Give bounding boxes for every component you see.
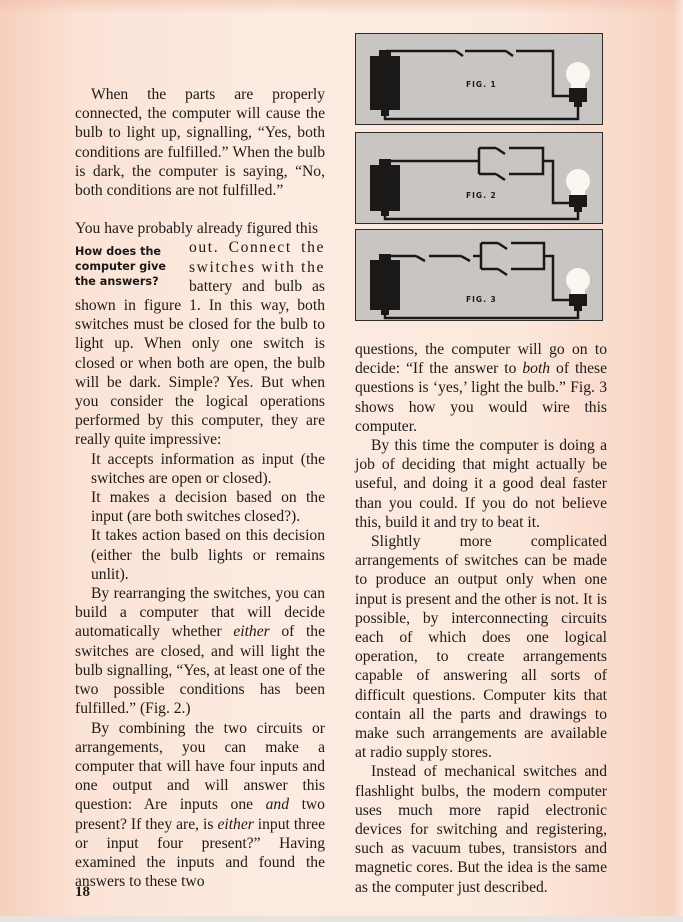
paragraph: Slightly more complicated arrangements o…	[355, 532, 607, 762]
battery-icon	[370, 254, 400, 315]
battery-icon	[370, 50, 400, 116]
paragraph-text: battery and bulb as shown in figure 1. I…	[75, 278, 325, 449]
emphasis: either	[233, 623, 269, 640]
paragraph: Instead of mechanical switches and flash…	[355, 762, 607, 896]
figure-label: FIG. 2	[466, 191, 497, 200]
paragraph: By this time the computer is doing a job…	[355, 436, 607, 532]
paragraph-first-line: You have probably already figured this	[75, 219, 325, 238]
paragraph: You have probably already figured this H…	[75, 219, 325, 449]
switch-icon	[456, 51, 463, 56]
page-top-shadow	[0, 0, 683, 14]
list-item: It accepts information as input (the swi…	[75, 450, 325, 488]
switch-icon	[416, 256, 425, 261]
left-column: When the parts are properly connected, t…	[75, 85, 325, 891]
page-number: 18	[75, 884, 90, 901]
bulb-icon	[566, 62, 590, 107]
list-item: It takes action based on this decision (…	[75, 526, 325, 584]
margin-heading: How does the computer give the answers?	[75, 244, 183, 289]
bulb-icon	[566, 268, 590, 311]
combined-circuit-diagram	[356, 230, 602, 320]
paragraph: By combining the two circuits or arrange…	[75, 719, 325, 892]
switch-icon	[496, 148, 505, 154]
paragraph: By rearranging the switches, you can bui…	[75, 584, 325, 718]
page-bottom-edge	[0, 916, 683, 922]
series-circuit-diagram	[356, 34, 602, 124]
figure-label: FIG. 3	[466, 295, 497, 304]
emphasis: and	[266, 796, 289, 813]
switch-icon	[498, 269, 507, 275]
right-column: questions, the computer will go on to de…	[355, 340, 607, 897]
circuit-figures: FIG. 1 FIG. 2	[355, 33, 603, 323]
battery-icon	[370, 159, 400, 216]
switch-icon	[498, 243, 507, 249]
figure-label: FIG. 1	[466, 80, 497, 89]
emphasis: either	[217, 816, 253, 833]
paragraph: questions, the computer will go on to de…	[355, 340, 607, 436]
switch-icon	[506, 51, 513, 56]
switch-icon	[461, 256, 470, 261]
parallel-circuit-diagram	[356, 133, 602, 223]
bulb-icon	[566, 169, 590, 212]
figure-1: FIG. 1	[355, 33, 603, 125]
figure-2: FIG. 2	[355, 132, 603, 224]
switch-icon	[496, 174, 505, 180]
figure-3: FIG. 3	[355, 229, 603, 321]
paragraph-spaced-text: out. Connect the switches with the	[189, 239, 325, 275]
list-item: It makes a decision based on the input (…	[75, 488, 325, 526]
page-right-edge	[673, 0, 683, 922]
emphasis: both	[522, 360, 550, 377]
paragraph: When the parts are properly connected, t…	[75, 85, 325, 200]
